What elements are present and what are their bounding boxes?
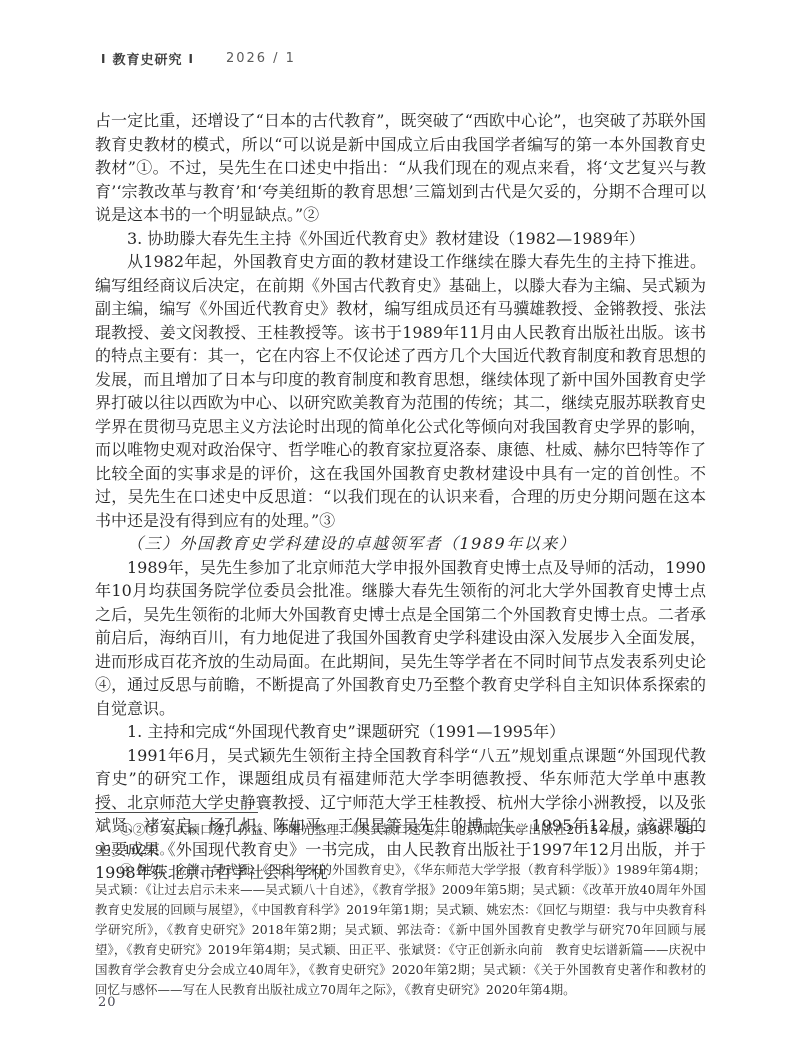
- subsection-heading-3: 3. 协助滕大春先生主持《外国近代教育史》教材建设（1982—1989年）: [95, 227, 706, 251]
- footnote-item-1: ①②③ 吴式颖口述，孙益、李曙光整理：《吴式颖口述史》，北京师范大学出版社201…: [95, 820, 706, 860]
- paragraph-continuation: 占一定比重，还增设了“日本的古代教育”，既突破了“西欧中心论”，也突破了苏联外国…: [95, 109, 706, 227]
- subsection-heading-1: 1. 主持和完成“外国现代教育史”课题研究（1991—1995年）: [95, 720, 706, 744]
- journal-page: Ⅰ 教育史研究 Ⅰ 2026 / 1 占一定比重，还增设了“日本的古代教育”，既…: [0, 0, 800, 1059]
- issue-number: 2026 / 1: [226, 51, 296, 66]
- footnotes: ①②③ 吴式颖口述，孙益、李曙光整理：《吴式颖口述史》，北京师范大学出版社201…: [95, 820, 706, 1000]
- footnote-separator: [95, 812, 258, 813]
- paragraph-textbook-construction: 从1982年起，外国教育史方面的教材建设工作继续在滕大春先生的主持下推进。编写组…: [95, 250, 706, 532]
- article-body: 占一定比重，还增设了“日本的古代教育”，既突破了“西欧中心论”，也突破了苏联外国…: [95, 109, 706, 885]
- paragraph-doctoral-program: 1989年，吴先生参加了北京师范大学申报外国教育史博士点及导师的活动，1990年…: [95, 556, 706, 721]
- running-header: Ⅰ 教育史研究 Ⅰ 2026 / 1: [95, 49, 705, 68]
- header-right-bar: Ⅰ: [188, 52, 193, 66]
- section-heading-three: （三）外国教育史学科建设的卓越领军者（1989年以来）: [95, 532, 706, 556]
- footnote-item-2: ④ 例如，金锵、吴式颖：《四十年来的外国教育史》，《华东师范大学学报（教育科学版…: [95, 860, 706, 1000]
- page-number: 20: [98, 995, 117, 1010]
- journal-title: 教育史研究: [112, 49, 182, 68]
- header-left-bar: Ⅰ: [101, 52, 106, 66]
